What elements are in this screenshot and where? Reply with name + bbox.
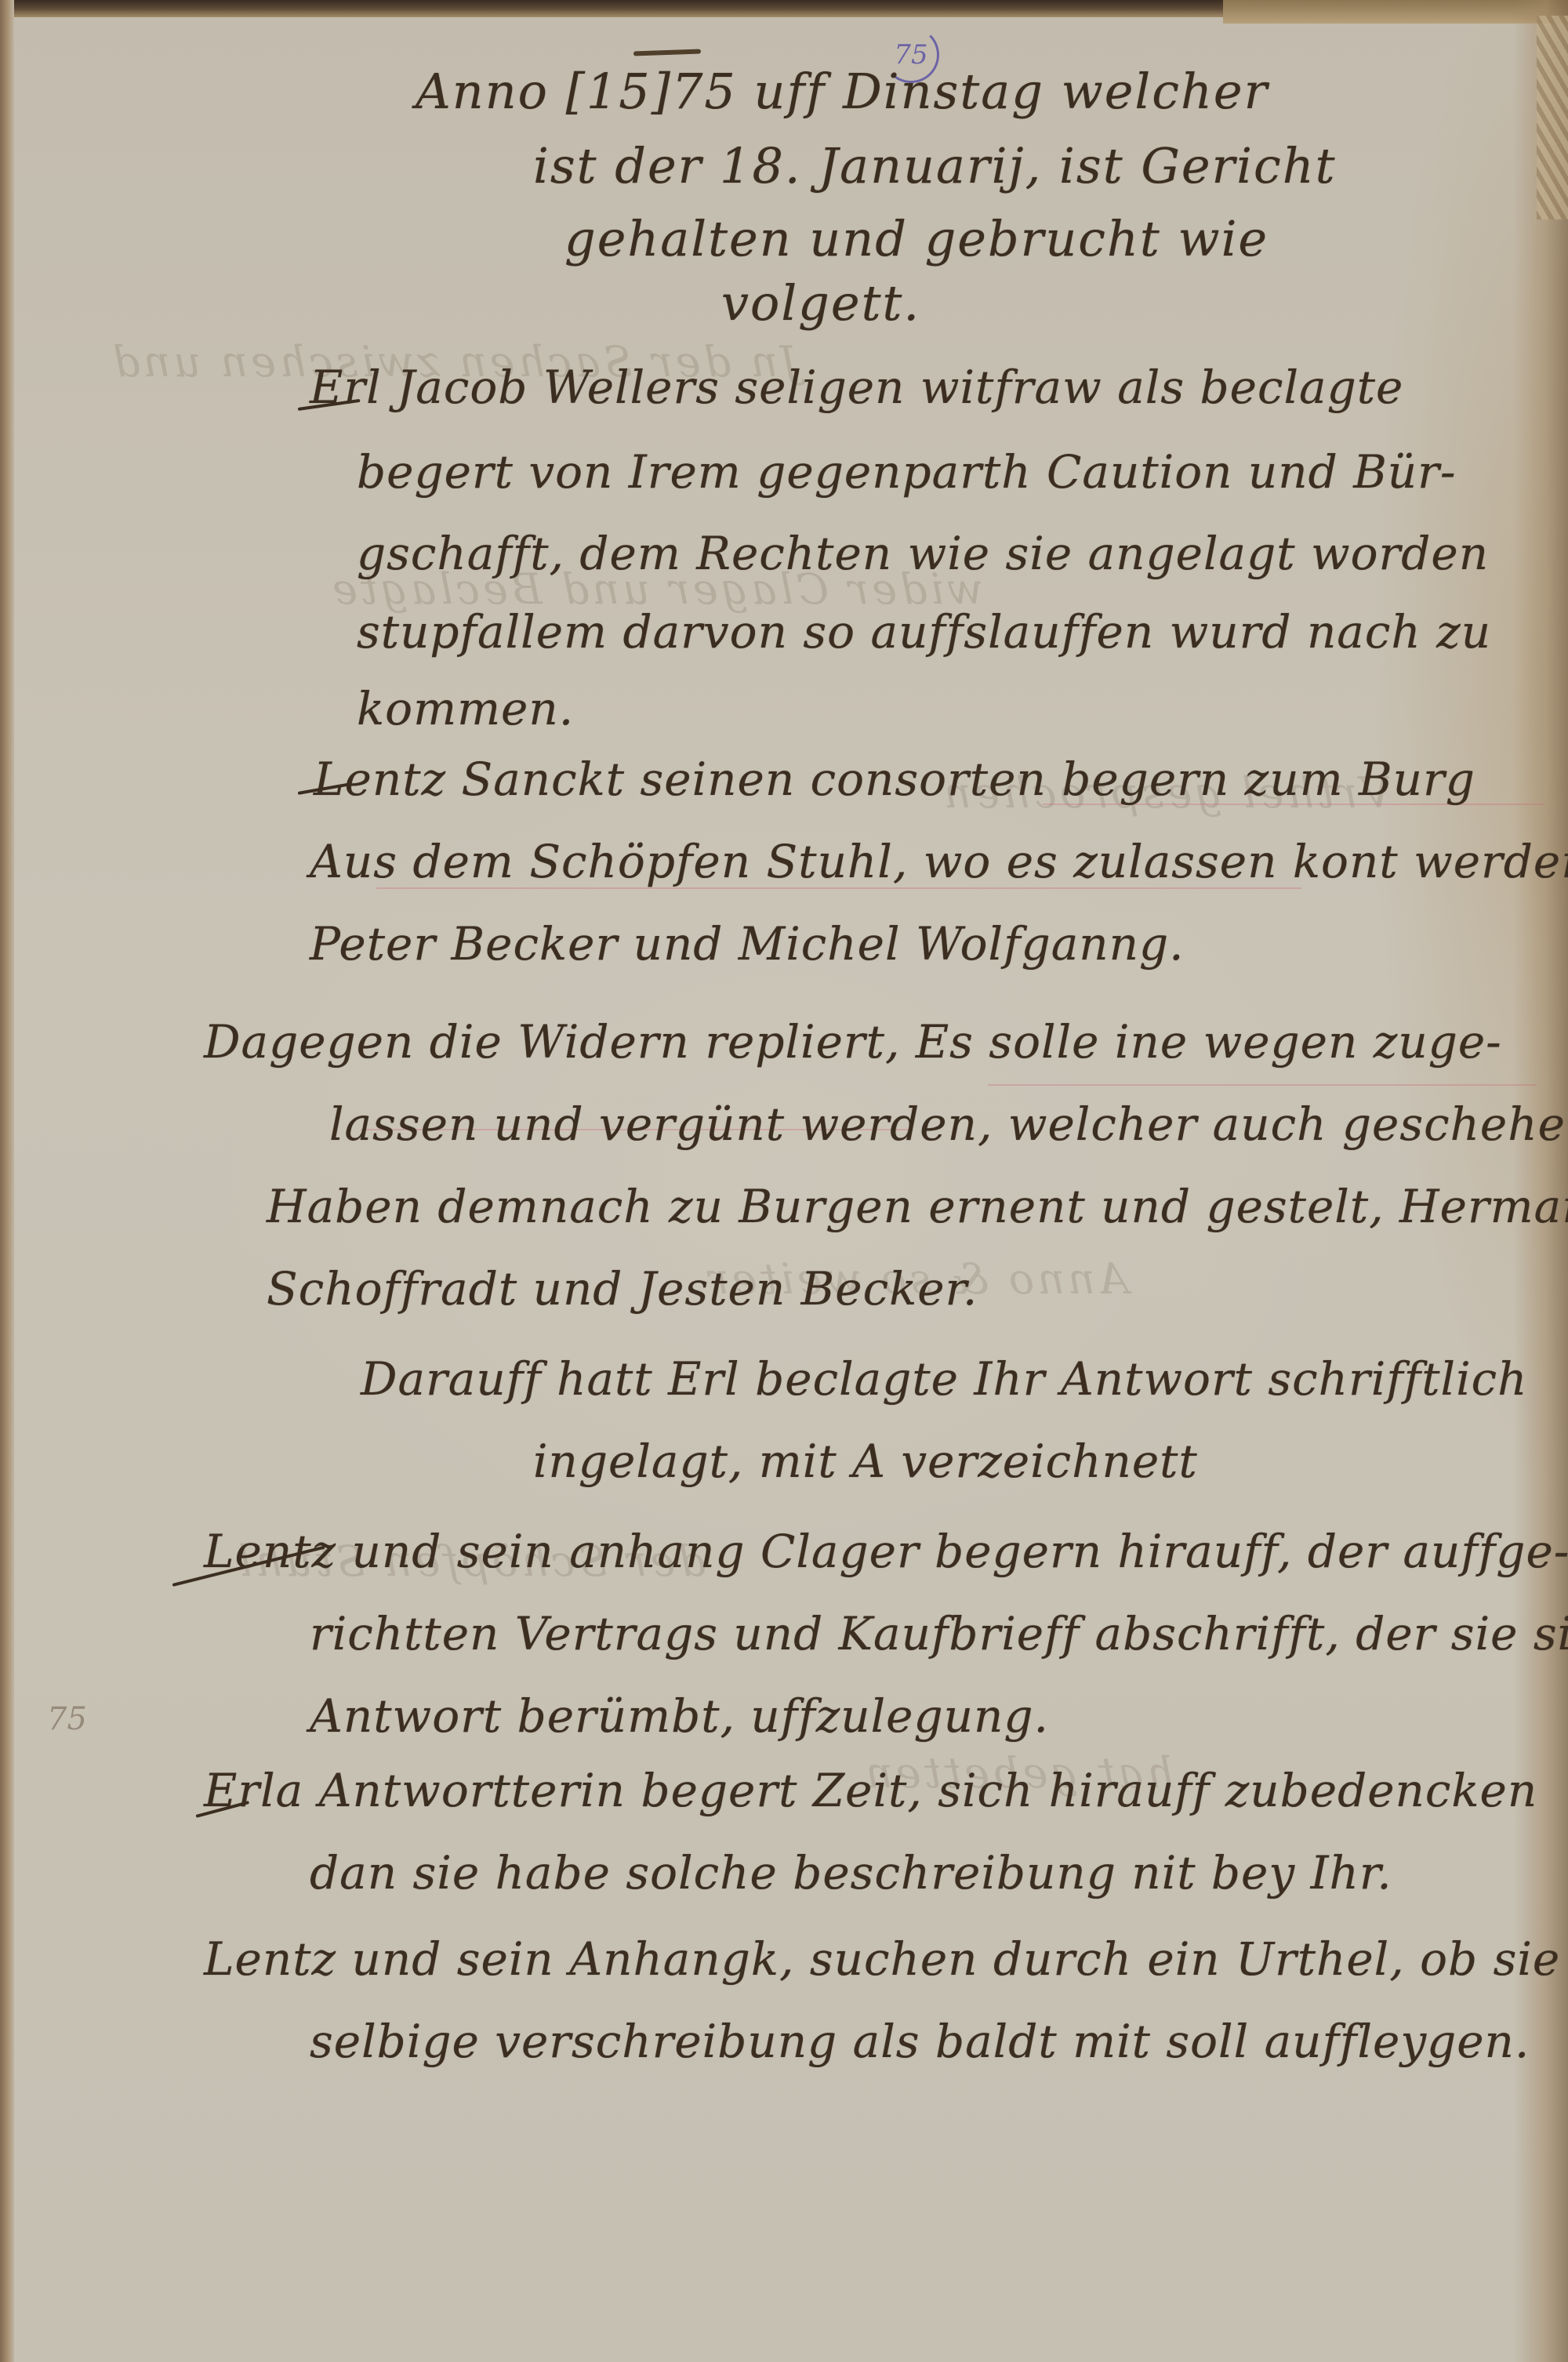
paragraph-line: stupfallem darvon so auffslauffen wurd n… (357, 605, 1491, 659)
header-line: Anno [15]75 uff Dinstag welcher (416, 63, 1269, 120)
paragraph-line: dan sie habe solche beschreibung nit bey… (310, 1846, 1392, 1899)
paragraph-line: Aus dem Schöpfen Stuhl, wo es zulassen k… (310, 835, 1568, 888)
paragraph-line: begert von Irem gegenparth Caution und B… (357, 445, 1457, 499)
binding-edge (0, 0, 14, 2362)
paragraph-line: Darauff hatt Erl beclagte Ihr Antwort sc… (361, 1352, 1527, 1406)
header-line: gehalten und gebrucht wie (564, 210, 1269, 267)
paragraph-line: gschafft, dem Rechten wie sie angelagt w… (357, 527, 1489, 580)
paragraph-line: Erla Antwortterin begert Zeit, sich hira… (204, 1764, 1537, 1817)
paragraph-line: Lentz und sein anhang Clager begern hira… (204, 1525, 1568, 1578)
paragraph-line: Schoffradt und Jesten Becker. (267, 1262, 978, 1315)
paragraph-line: Antwort berümbt, uffzulegung. (310, 1689, 1049, 1743)
paragraph-line: Peter Becker und Michel Wolfganng. (310, 917, 1185, 971)
paragraph-line: Erl Jacob Wellers seligen witfraw als be… (310, 361, 1403, 414)
header-line: volgett. (721, 274, 920, 332)
paragraph-line: Dagegen die Widern repliert, Es solle in… (204, 1015, 1502, 1069)
paragraph-line: selbige verschreibung als baldt mit soll… (310, 2015, 1530, 2068)
paragraph-line: Haben demnach zu Burgen ernent und geste… (267, 1180, 1568, 1233)
manuscript-page: Jn der Sachen zwischen und wider Clager … (0, 0, 1568, 2362)
ruling-line (988, 1084, 1537, 1086)
paragraph-line: Lentz und sein Anhangk, suchen durch ein… (204, 1932, 1568, 1986)
paragraph-line: kommen. (357, 682, 574, 735)
paragraph-line: ingelagt, mit A verzeichnett (533, 1435, 1198, 1488)
paragraph-line: lassen und vergünt werden, welcher auch … (329, 1098, 1568, 1151)
abbreviation-overline (633, 49, 701, 56)
paragraph-line: Lentz Sanckt seinen consorten begern zum… (314, 753, 1475, 806)
margin-bleed-note: 75 (47, 1701, 87, 1737)
header-line: ist der 18. Januarij, ist Gericht (533, 137, 1337, 194)
frayed-corner (1537, 16, 1568, 220)
paragraph-line: richtten Vertrags und Kaufbrieff abschri… (310, 1607, 1568, 1660)
